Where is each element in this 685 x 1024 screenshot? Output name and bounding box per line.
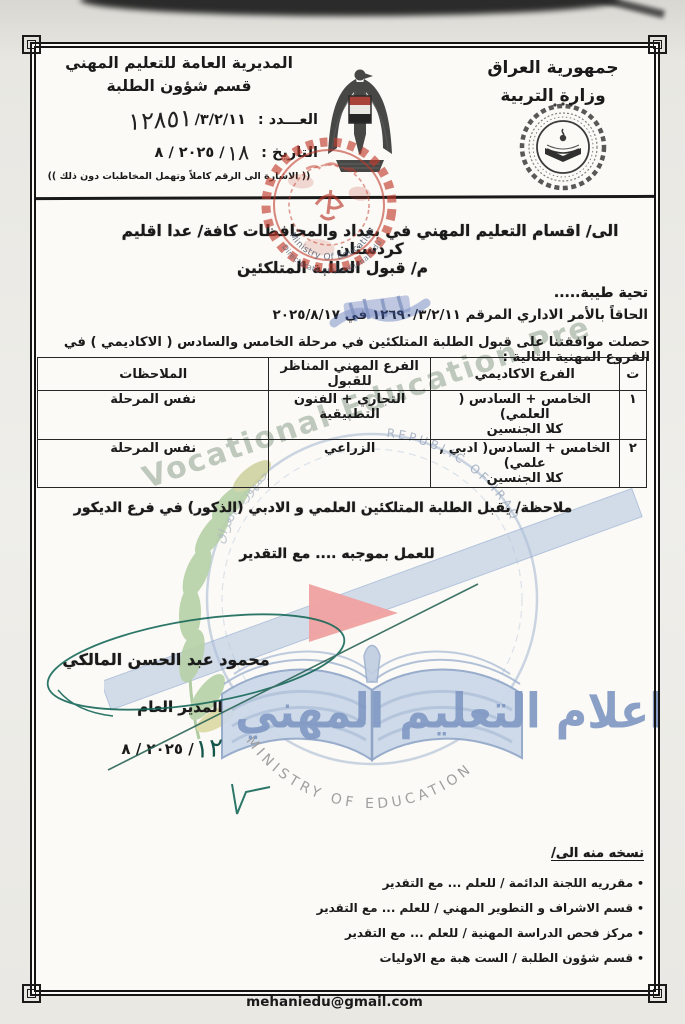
distribution-list: نسخه منه الى/ مقرريه اللجنة الدائمة / لل…: [214, 846, 644, 975]
document-number-value: ١٢٨٥١ /٣/٢/١١: [128, 106, 246, 134]
directorate-title: المديرية العامة للتعليم المهني: [40, 52, 318, 75]
note-line: ملاحظة/ يقبل الطلبة المتلكئين العلمي و ا…: [30, 500, 636, 516]
row1-academic-line1: الخامس + السادس ( العلمي): [435, 392, 615, 422]
distribution-heading: نسخه منه الى/: [214, 846, 644, 861]
row1-academic: الخامس + السادس ( العلمي) كلا الجنسين: [430, 391, 619, 440]
row2-academic-line2: كلا الجنسين: [435, 471, 615, 486]
row2-notes: نفس المرحلة: [38, 440, 269, 488]
ministry-of-education-seal-icon: [515, 98, 611, 194]
red-gear-ink-stamp-icon: Ministry Of Education Directorate of Voc…: [254, 130, 404, 288]
ministry-title: وزارة التربية: [452, 82, 654, 110]
row1-academic-line2: كلا الجنسين: [435, 422, 615, 437]
section-title: قسم شؤون الطلبة: [40, 75, 318, 98]
corner-mark: [22, 35, 41, 54]
scanned-document-page: REPUBLIC OF IRAQ جمهورية العراق MINISTRY…: [0, 0, 685, 1024]
scan-edge-shadow: [80, 0, 620, 16]
greeting-line: تحية طيبة.....: [554, 285, 648, 301]
distribution-item: قسم الاشراف و التطوير المهني / للعلم ...…: [214, 900, 644, 917]
scan-edge-shadow: [595, 0, 665, 18]
distribution-item: قسم شؤون الطلبة / الست هبة مع الاوليات: [214, 950, 644, 967]
corner-mark: [648, 35, 667, 54]
row2-academic-line1: الخامس + السادس( ادبي , علمي): [435, 441, 615, 471]
printed-number-suffix: /٣/٢/١١: [195, 112, 246, 128]
row1-vocational: التجاري + الفنون التطبيقية: [269, 391, 430, 440]
document-date-value: ٢٠٢٥ / ٨ / ١٨: [155, 141, 250, 165]
blue-ink-stamp-icon: [328, 291, 432, 337]
country-title: جمهورية العراق: [452, 54, 654, 82]
row1-no: ١: [619, 391, 646, 440]
distribution-item: مقرريه اللجنة الدائمة / للعلم ... مع الت…: [214, 875, 644, 892]
flag-shield: [349, 96, 371, 123]
number-label: العـــدد :: [258, 112, 318, 128]
handwritten-number: ١٢٨٥١: [128, 103, 193, 136]
table-row: ١ الخامس + السادس ( العلمي) كلا الجنسين …: [38, 391, 647, 440]
col-header-academic: الفرع الاكاديمي: [430, 358, 619, 391]
handwritten-signature-stroke-icon: [46, 570, 516, 830]
row2-vocational: الزراعي: [269, 440, 430, 488]
table-row: ٢ الخامس + السادس( ادبي , علمي) كلا الجن…: [38, 440, 647, 488]
footer-email: mehaniedu@gmail.com: [0, 994, 677, 1010]
printed-date-prefix: ٢٠٢٥ / ٨ /: [155, 145, 225, 161]
row1-notes: نفس المرحلة: [38, 391, 269, 440]
col-header-notes: الملاحظات: [38, 358, 269, 391]
header-right-block: جمهورية العراق وزارة التربية: [452, 54, 654, 110]
col-header-vocational: الفرع المهني المناظر للقبول: [269, 358, 430, 391]
col-header-no: ت: [619, 358, 646, 391]
handwritten-date-day: ١٨: [226, 140, 249, 166]
distribution-item: مركز فحص الدراسة المهنية / للعلم ... مع …: [214, 925, 644, 942]
branches-table: ت الفرع الاكاديمي الفرع المهني المناظر ل…: [37, 357, 647, 488]
row2-no: ٢: [619, 440, 646, 488]
row2-academic: الخامس + السادس( ادبي , علمي) كلا الجنسي…: [430, 440, 619, 488]
closing-line: للعمل بموجبه .... مع التقدير: [30, 546, 650, 562]
table-header-row: ت الفرع الاكاديمي الفرع المهني المناظر ل…: [38, 358, 647, 391]
document-border-frame: REPUBLIC OF IRAQ جمهورية العراق MINISTRY…: [30, 42, 660, 996]
